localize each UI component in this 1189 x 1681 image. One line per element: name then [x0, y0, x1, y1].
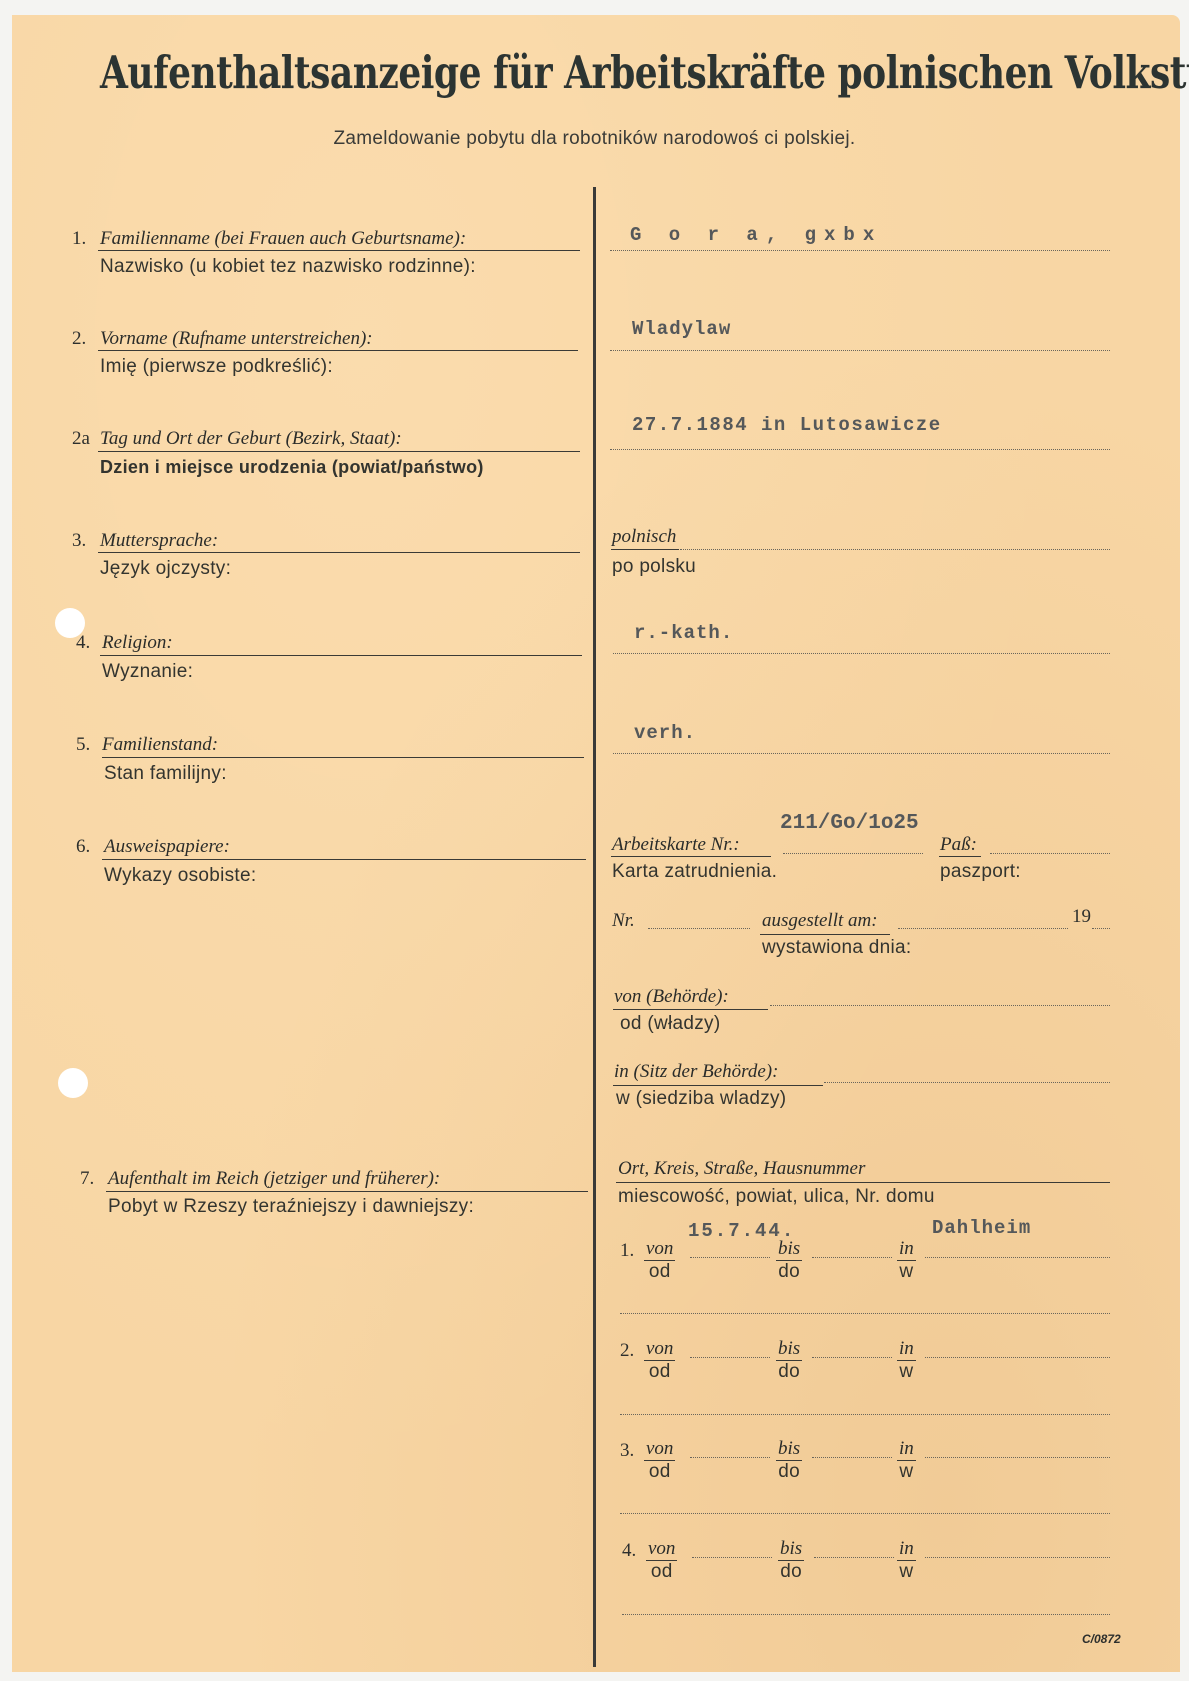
field-2a-label-pl: Dzien i miejsce urodzenia (powiat/państw… — [100, 457, 484, 478]
field-4-dotted-line — [613, 653, 1110, 654]
residence-row-4-in-label: inw — [897, 1538, 916, 1583]
field-5-label-pl: Stan familijny: — [104, 763, 227, 785]
field-4-number: 4. — [76, 632, 90, 654]
form-subtitle: Zameldowanie pobytu dla robotników narod… — [0, 128, 1189, 150]
field-3-number: 3. — [72, 530, 86, 552]
residence-row-1-in-label: inw — [897, 1238, 916, 1283]
residence-row-1-place-dotted-line — [925, 1257, 1110, 1258]
field-2-underline — [98, 350, 578, 351]
residence-row-3-continuation-line — [620, 1513, 1110, 1514]
residence-row-2-bis-label: bisdo — [776, 1338, 802, 1383]
field-1-label-pl: Nazwisko (u kobiet tez nazwisko rodzinne… — [100, 256, 476, 278]
field-2a-dotted-line — [610, 449, 1110, 450]
papers-nr-label: Nr. — [612, 910, 635, 932]
residence-row-1-von-label: vonod — [644, 1238, 675, 1283]
seat-label-pl: w (siedziba wladzy) — [616, 1088, 786, 1110]
field-1-underline — [98, 250, 580, 251]
field-3-dotted-line — [680, 549, 1110, 550]
field-5-label-de: Familienstand: — [102, 734, 218, 756]
field-1-value[interactable]: G o r a, gxbx — [630, 224, 882, 246]
residence-header-de: Ort, Kreis, Straße, Hausnummer — [618, 1158, 865, 1180]
field-5-underline — [102, 757, 584, 758]
arbeitskarte-label-pl: Karta zatrudnienia. — [612, 861, 777, 883]
residence-row-1-place-value[interactable]: Dahlheim — [932, 1217, 1031, 1239]
residence-row-2-von-label: vonod — [644, 1338, 675, 1383]
field-2a-value[interactable]: 27.7.1884 in Lutosawicze — [632, 414, 942, 436]
field-3-label-pl: Język ojczysty: — [100, 558, 231, 580]
field-4-label-pl: Wyznanie: — [102, 661, 193, 683]
arbeitskarte-number-value[interactable]: 211/Go/1o25 — [780, 812, 919, 835]
residence-row-1-number: 1. — [620, 1240, 634, 1262]
papers-nr-dotted-line — [648, 928, 750, 929]
pass-label-pl: paszport: — [940, 861, 1021, 883]
residence-row-1-from-dotted-line — [690, 1257, 770, 1258]
field-3-underline — [98, 552, 580, 553]
residence-header-pl: miescowość, powiat, ulica, Nr. domu — [618, 1186, 935, 1208]
seat-dotted-line — [824, 1082, 1110, 1083]
residence-row-4-continuation-line — [622, 1614, 1110, 1615]
pass-dotted-line — [990, 853, 1110, 854]
pass-label-de: Paß: — [940, 834, 977, 856]
field-5-value[interactable]: verh. — [634, 722, 696, 744]
field-2-value[interactable]: Wladylaw — [632, 318, 731, 340]
residence-header-underline — [616, 1182, 1110, 1183]
authority-underline — [613, 1009, 768, 1010]
seat-label-de: in (Sitz der Behörde): — [614, 1061, 778, 1083]
residence-row-2-continuation-line — [620, 1414, 1110, 1415]
residence-row-4-bis-label: bisdo — [778, 1538, 804, 1583]
field-7-label-de: Aufenthalt im Reich (jetziger und früher… — [108, 1168, 440, 1190]
field-2-label-de: Vorname (Rufname unterstreichen): — [100, 328, 373, 350]
issued-underline — [760, 934, 890, 935]
field-7-number: 7. — [80, 1168, 94, 1190]
field-4-label-de: Religion: — [102, 632, 173, 654]
field-2-dotted-line — [610, 350, 1110, 351]
field-6-number: 6. — [76, 836, 90, 858]
field-6-label-de: Ausweispapiere: — [104, 836, 230, 858]
field-2-label-pl: Imię (pierwsze podkreślić): — [100, 356, 333, 378]
residence-row-2-place-dotted-line[interactable] — [925, 1357, 1110, 1358]
issued-year-dotted-line — [1092, 928, 1110, 929]
form-code: C/0872 — [1082, 1632, 1121, 1646]
issued-label-de: ausgestellt am: — [762, 910, 878, 932]
field-7-label-pl: Pobyt w Rzeszy teraźniejszy i dawniejszy… — [108, 1196, 474, 1218]
authority-label-de: von (Behörde): — [614, 986, 729, 1008]
field-2-number: 2. — [72, 328, 86, 350]
field-6-label-pl: Wykazy osobiste: — [104, 865, 256, 887]
punch-hole-icon — [58, 1068, 88, 1098]
residence-row-3-from-dotted-line[interactable] — [690, 1457, 770, 1458]
residence-row-3-in-label: inw — [897, 1438, 916, 1483]
residence-row-3-von-label: vonod — [644, 1438, 675, 1483]
arbeitskarte-dotted-line — [783, 853, 923, 854]
pass-underline — [939, 856, 981, 857]
residence-row-3-bis-label: bisdo — [776, 1438, 802, 1483]
residence-row-1-continuation-line — [620, 1313, 1110, 1314]
residence-row-2-from-dotted-line[interactable] — [690, 1357, 770, 1358]
residence-row-4-to-dotted-line[interactable] — [814, 1557, 894, 1558]
residence-row-3-place-dotted-line[interactable] — [925, 1457, 1110, 1458]
residence-row-2-to-dotted-line[interactable] — [812, 1357, 892, 1358]
residence-row-4-place-dotted-line[interactable] — [925, 1557, 1110, 1558]
field-3-value-pl: po polsku — [612, 556, 696, 578]
residence-row-4-from-dotted-line[interactable] — [692, 1557, 772, 1558]
issued-label-pl: wystawiona dnia: — [762, 937, 912, 959]
issued-dotted-line — [898, 928, 1068, 929]
authority-dotted-line — [770, 1005, 1110, 1006]
field-2a-underline — [98, 451, 580, 452]
field-3-value-de: polnisch — [612, 526, 676, 548]
residence-row-1-bis-label: bisdo — [776, 1238, 802, 1283]
field-1-dotted-line — [610, 250, 1110, 251]
column-divider — [593, 187, 596, 1667]
field-3-label-de: Muttersprache: — [100, 530, 218, 552]
residence-row-4-von-label: vonod — [646, 1538, 677, 1583]
authority-label-pl: od (władzy) — [620, 1013, 720, 1035]
field-4-value[interactable]: r.-kath. — [634, 622, 733, 644]
form-title: Aufenthaltsanzeige für Arbeitskräfte pol… — [100, 47, 1050, 100]
issued-year-prefix: 19 — [1072, 906, 1091, 928]
arbeitskarte-underline — [611, 856, 771, 857]
residence-row-4-number: 4. — [622, 1540, 636, 1562]
field-5-number: 5. — [76, 734, 90, 756]
field-6-underline — [102, 859, 586, 860]
field-5-dotted-line — [613, 753, 1110, 754]
field-4-underline — [100, 655, 582, 656]
field-1-number: 1. — [72, 228, 86, 250]
residence-row-3-to-dotted-line[interactable] — [812, 1457, 892, 1458]
residence-row-1-to-dotted-line — [812, 1257, 892, 1258]
field-2a-label-de: Tag und Ort der Geburt (Bezirk, Staat): — [100, 428, 402, 450]
residence-row-2-in-label: inw — [897, 1338, 916, 1383]
arbeitskarte-label-de: Arbeitskarte Nr.: — [612, 834, 740, 856]
field-3-value-underline — [611, 549, 679, 550]
seat-underline — [613, 1085, 823, 1086]
residence-row-3-number: 3. — [620, 1440, 634, 1462]
residence-row-2-number: 2. — [620, 1340, 634, 1362]
field-1-label-de: Familienname (bei Frauen auch Geburtsnam… — [100, 228, 466, 250]
field-2a-number: 2a — [72, 428, 90, 450]
field-7-underline — [106, 1191, 588, 1192]
